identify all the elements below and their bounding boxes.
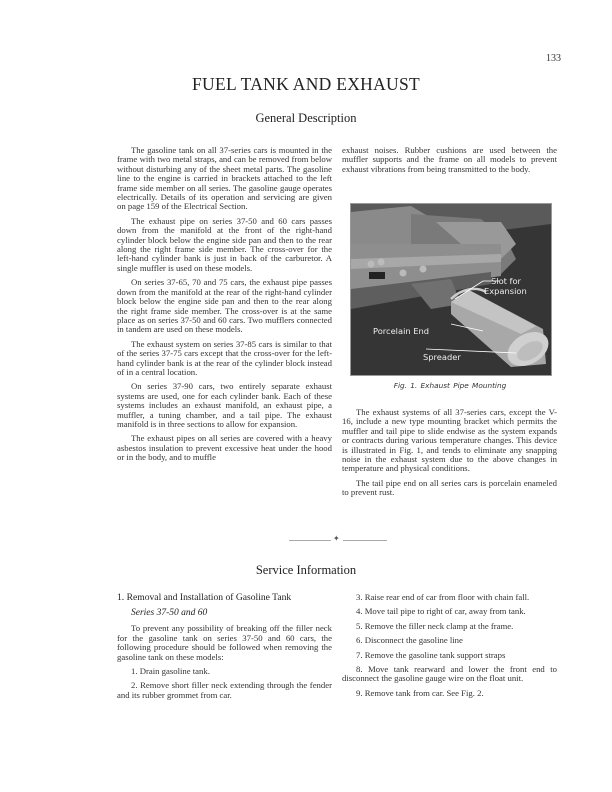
paragraph: The exhaust pipes on all series are cove…	[117, 434, 332, 462]
page-number: 133	[546, 53, 561, 64]
step-item: 1. Drain gasoline tank.	[117, 667, 332, 676]
paragraph: exhaust noises. Rubber cushions are used…	[342, 146, 557, 174]
service-information-right-column: 3. Raise rear end of car from floor with…	[342, 593, 557, 703]
service-information-heading: Service Information	[0, 563, 612, 578]
general-description-heading: General Description	[0, 111, 612, 126]
step-item: 9. Remove tank from car. See Fig. 2.	[342, 689, 557, 698]
figure-label-expansion: Expansion	[484, 286, 527, 296]
paragraph: The tail pipe end on all series cars is …	[342, 479, 557, 498]
step-item: 8. Move tank rearward and lower the fron…	[342, 665, 557, 684]
divider-line-right	[343, 540, 387, 541]
figure-label-spreader: Spreader	[423, 352, 461, 362]
paragraph: The exhaust systems of all 37-series car…	[342, 408, 557, 474]
service-information-left-column: 1. Removal and Installation of Gasoline …	[117, 593, 332, 705]
paragraph: To prevent any possibility of breaking o…	[117, 624, 332, 662]
ornament-icon: ✦	[333, 534, 340, 543]
figure-caption: Fig. 1. Exhaust Pipe Mounting	[350, 381, 550, 390]
paragraph: The exhaust pipe on series 37-50 and 60 …	[117, 217, 332, 273]
paragraph: On series 37-65, 70 and 75 cars, the exh…	[117, 278, 332, 334]
page-title: FUEL TANK AND EXHAUST	[0, 74, 612, 95]
step-item: 3. Raise rear end of car from floor with…	[342, 593, 557, 602]
section-divider: ✦	[289, 537, 387, 543]
general-description-left-column: The gasoline tank on all 37-series cars …	[117, 146, 332, 468]
series-label: Series 37-50 and 60	[131, 609, 332, 618]
step-item: 7. Remove the gasoline tank support stra…	[342, 651, 557, 660]
figure-exhaust-pipe-mounting: Slot for Expansion Porcelain End Spreade…	[350, 203, 552, 376]
general-description-right-column-bottom: The exhaust systems of all 37-series car…	[342, 408, 557, 503]
step-item: 5. Remove the filler neck clamp at the f…	[342, 622, 557, 631]
divider-line-left	[289, 540, 331, 541]
subsection-title: 1. Removal and Installation of Gasoline …	[117, 593, 332, 603]
paragraph: On series 37-90 cars, two entirely separ…	[117, 382, 332, 429]
step-item: 2. Remove short filler neck extending th…	[117, 681, 332, 700]
paragraph: The gasoline tank on all 37-series cars …	[117, 146, 332, 212]
step-item: 4. Move tail pipe to right of car, away …	[342, 607, 557, 616]
figure-label-slot: Slot for	[491, 276, 521, 286]
figure-label-porcelain-end: Porcelain End	[373, 326, 429, 336]
general-description-right-column-top: exhaust noises. Rubber cushions are used…	[342, 146, 557, 179]
paragraph: The exhaust system on series 37-85 cars …	[117, 340, 332, 378]
step-item: 6. Disconnect the gasoline line	[342, 636, 557, 645]
